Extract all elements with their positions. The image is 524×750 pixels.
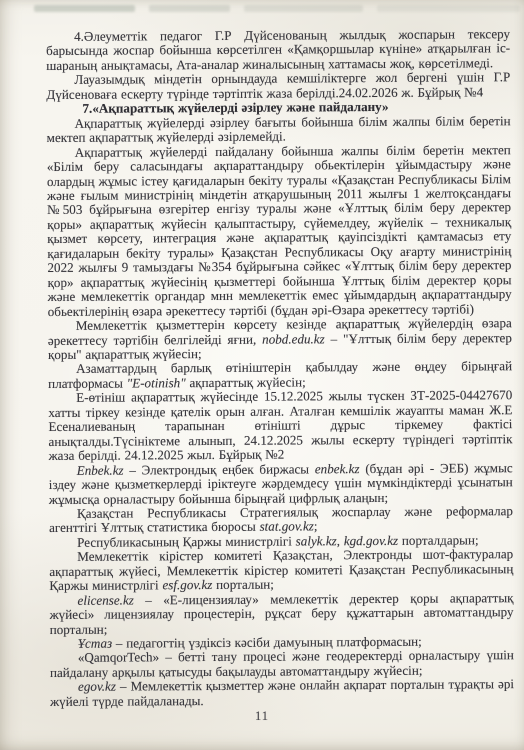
scanned-document-page: 4.Әлеуметтік педагог Г.Р Дүйсенованың жы… [0,0,524,750]
text-segment: Мемлекеттік кірістер комитеті Қазақстан,… [49,546,513,593]
text-body: 4.Әлеуметтік педагог Г.Р Дүйсенованың жы… [46,27,514,709]
text-segment: ; [314,519,318,534]
paragraph-stat-gov: Қазақстан Республикасы Стратегиялық жосп… [49,504,513,536]
text-segment: salyk.kz [296,533,337,548]
text-segment: nobd.edu.kz [262,331,325,346]
text-segment: "E-otinish" [127,375,186,390]
text-segment: порталдарын; [398,532,479,547]
paragraph-qamqortech: «QamqorTech» – бетті тану процесі және г… [50,649,514,681]
text-segment: – Мемлекеттік қызметтер және онлайн ақпа… [50,677,514,709]
text-segment: stat.gov.kz [259,519,313,534]
paragraph-social-pedagog-check: 4.Әлеуметтік педагог Г.Р Дүйсенованың жы… [46,27,510,73]
paragraph-elicense: elicense.kz – «Е-лицензиялау» мемлекетті… [49,591,513,637]
bleedthrough-blot [377,5,521,12]
bleedthrough-text-strip [34,2,520,14]
text-segment: Enbek.kz [77,462,124,477]
paragraph-esf: Мемлекеттік кірістер комитеті Қазақстан,… [49,547,513,593]
text-segment: Ақпараттық жүйелерді әзірлеу бағыты бойы… [47,113,511,145]
paragraph-egov: egov.kz – Мемлекеттік қызметтер және онл… [50,678,514,710]
text-segment: ақпараттық жүйесін; [186,374,306,390]
text-segment: kgd.gov.kz [344,533,398,548]
paragraph-eotinish-incident: Е-өтініш ақпараттық жүйесінде 15.12.2025… [48,388,512,463]
text-segment: порталын; [212,577,274,592]
text-segment: Лауазымдық міндетін орнындауда кемшілікт… [46,70,510,102]
bleedthrough-blot [149,5,230,12]
paragraph-disciplinary-notice: Лауазымдық міндетін орнындауда кемшілікт… [46,71,510,103]
page-number: 11 [0,709,524,724]
text-segment: elicense.kz [77,592,133,607]
bleedthrough-blot [244,5,362,12]
paragraph-eotinish: Азаматтардың барлық өтініштерін қабылдау… [48,360,512,392]
paragraph-enbek: Enbek.kz – Электрондық еңбек биржасы enb… [49,461,513,507]
text-segment: enbek.kz [315,461,360,476]
paragraph-nobd: Мемлекеттік қызметтерін көрсету кезінде … [48,316,512,362]
text-segment: «QamqorTech» – бетті тану процесі және г… [50,648,514,680]
text-segment: egov.kz [78,679,116,694]
text-segment: Е-өтініш ақпараттық жүйесінде 15.12.2025… [48,387,512,463]
text-segment: Ақпараттық жүйелерді пайдалану бойынша ж… [47,142,512,319]
bleedthrough-blot [34,5,135,12]
paragraph-usage-rules: Ақпараттық жүйелерді пайдалану бойынша ж… [47,143,512,319]
paragraph-no-development: Ақпараттық жүйелерді әзірлеу бағыты бойы… [47,114,511,146]
text-segment: 4.Әлеуметтік педагог Г.Р Дүйсенованың жы… [46,26,510,73]
text-segment: esf.gov.kz [162,577,212,592]
text-segment: Ұстаз [78,636,112,651]
